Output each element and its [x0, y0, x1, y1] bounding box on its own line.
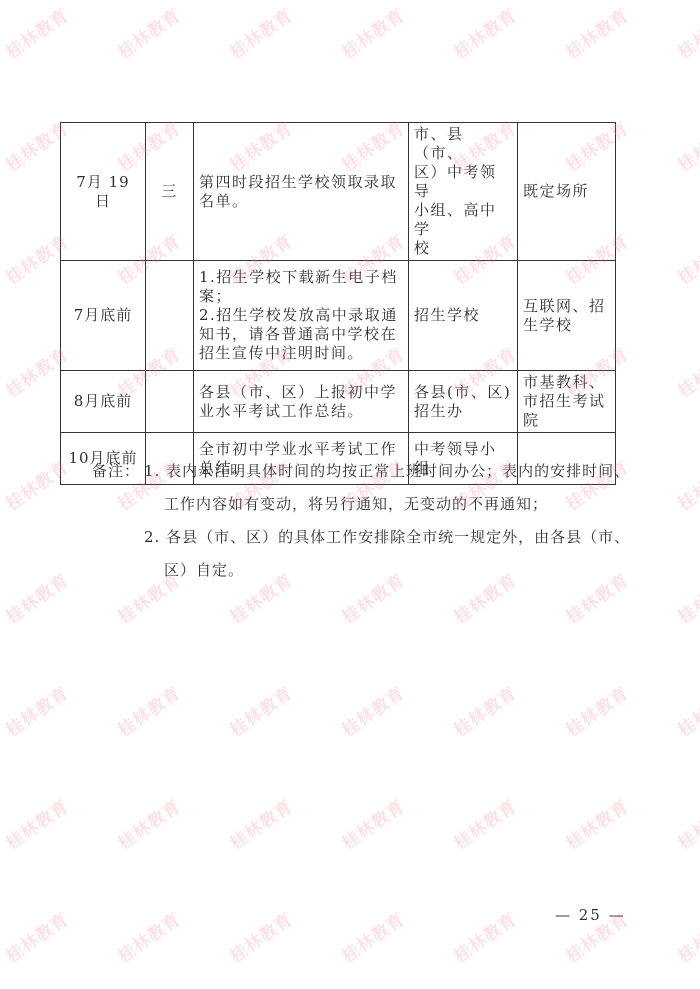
watermark-text: 桂林教育	[672, 905, 700, 967]
watermark-text: 桂林教育	[112, 679, 185, 741]
watermark-text: 桂林教育	[672, 227, 700, 289]
watermark-text: 桂林教育	[560, 792, 633, 854]
notes-section: 备注： 1. 表内未注明具体时间的均按正常上班时间办公；表内的安排时间、 工作内…	[92, 455, 632, 587]
note-item-2: 2. 各县（市、区）的具体工作安排除全市统一规定外，由各县（市、	[92, 521, 632, 554]
watermark-text: 桂林教育	[224, 679, 297, 741]
sequence-cell	[146, 261, 194, 371]
watermark-text: 桂林教育	[560, 679, 633, 741]
watermark-text: 桂林教育	[336, 1, 409, 63]
watermark-text: 桂林教育	[0, 679, 73, 741]
location-cell: 市基教科、 市招生考试 院	[518, 371, 616, 433]
watermark-text: 桂林教育	[224, 792, 297, 854]
sequence-cell: 三	[146, 123, 194, 261]
responsible-cell: 招生学校	[409, 261, 518, 371]
watermark-text: 桂林教育	[672, 679, 700, 741]
note-item-2-continuation: 区）自定。	[92, 554, 632, 587]
watermark-text: 桂林教育	[224, 1, 297, 63]
watermark-text: 桂林教育	[672, 453, 700, 515]
table-row: 7月底前 1.招生学校下载新生电子档 案； 2.招生学校发放高中录取通 知书，请…	[61, 261, 616, 371]
schedule-table: 7月 19 日 三 第四时段招生学校领取录取 名单。 市、县（市、 区）中考领导…	[60, 122, 616, 485]
watermark-text: 桂林教育	[448, 792, 521, 854]
watermark-text: 桂林教育	[0, 1, 73, 63]
responsible-cell: 各县(市、区) 招生办	[409, 371, 518, 433]
watermark-text: 桂林教育	[672, 114, 700, 176]
watermark-text: 桂林教育	[112, 905, 185, 967]
note-item-1: 备注： 1. 表内未注明具体时间的均按正常上班时间办公；表内的安排时间、	[92, 455, 632, 488]
content-cell: 1.招生学校下载新生电子档 案； 2.招生学校发放高中录取通 知书，请各普通高中…	[194, 261, 409, 371]
watermark-text: 桂林教育	[336, 679, 409, 741]
watermark-text: 桂林教育	[448, 679, 521, 741]
watermark-text: 桂林教育	[0, 792, 73, 854]
watermark-text: 桂林教育	[112, 792, 185, 854]
date-cell: 7月 19 日	[61, 123, 146, 261]
document-page: 7月 19 日 三 第四时段招生学校领取录取 名单。 市、县（市、 区）中考领导…	[0, 0, 700, 989]
content-cell: 第四时段招生学校领取录取 名单。	[194, 123, 409, 261]
table-row: 7月 19 日 三 第四时段招生学校领取录取 名单。 市、县（市、 区）中考领导…	[61, 123, 616, 261]
sequence-cell	[146, 371, 194, 433]
date-cell: 8月底前	[61, 371, 146, 433]
watermark-text: 桂林教育	[336, 905, 409, 967]
table-row: 8月底前 各县（市、区）上报初中学 业水平考试工作总结。 各县(市、区) 招生办…	[61, 371, 616, 433]
watermark-text: 桂林教育	[0, 566, 73, 628]
watermark-text: 桂林教育	[224, 905, 297, 967]
note-item-1-continuation: 工作内容如有变动，将另行通知，无变动的不再通知；	[92, 488, 632, 521]
content-cell: 各县（市、区）上报初中学 业水平考试工作总结。	[194, 371, 409, 433]
watermark-text: 桂林教育	[672, 340, 700, 402]
watermark-text: 桂林教育	[0, 905, 73, 967]
notes-label: 备注：	[92, 455, 140, 488]
watermark-text: 桂林教育	[672, 566, 700, 628]
watermark-text: 桂林教育	[336, 792, 409, 854]
responsible-cell: 市、县（市、 区）中考领导 小组、高中学 校	[409, 123, 518, 261]
watermark-text: 桂林教育	[448, 1, 521, 63]
watermark-text: 桂林教育	[672, 1, 700, 63]
watermark-text: 桂林教育	[112, 1, 185, 63]
location-cell: 互联网、招 生学校	[518, 261, 616, 371]
date-cell: 7月底前	[61, 261, 146, 371]
watermark-text: 桂林教育	[448, 905, 521, 967]
watermark-text: 桂林教育	[560, 1, 633, 63]
page-number: — 25 —	[555, 906, 626, 924]
location-cell: 既定场所	[518, 123, 616, 261]
watermark-text: 桂林教育	[672, 792, 700, 854]
